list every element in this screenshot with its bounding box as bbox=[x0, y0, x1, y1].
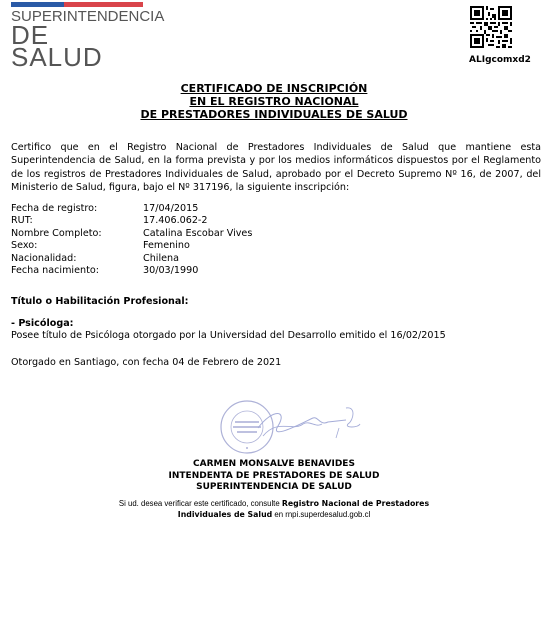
field-row: Nombre Completo:Catalina Escobar Vives bbox=[11, 228, 252, 240]
signer-name: CARMEN MONSALVE BENAVIDES bbox=[0, 459, 548, 471]
field-value: Femenino bbox=[143, 240, 190, 252]
field-row: Nacionalidad:Chilena bbox=[11, 253, 252, 265]
verify-prefix: Si ud. desea verificar este certificado,… bbox=[119, 499, 282, 508]
field-label: Fecha de registro: bbox=[11, 203, 143, 215]
signer-role: INTENDENTA DE PRESTADORES DE SALUD bbox=[0, 471, 548, 483]
title-line2: EN EL REGISTRO NACIONAL bbox=[189, 95, 358, 108]
title-line3: DE PRESTADORES INDIVIDUALES DE SALUD bbox=[140, 108, 407, 121]
field-label: Nacionalidad: bbox=[11, 253, 143, 265]
field-label: Fecha nacimiento: bbox=[11, 265, 143, 277]
logo-line2: DE SALUD bbox=[11, 24, 143, 68]
qr-code-icon bbox=[470, 6, 512, 48]
verify-registry-name-cont: Individuales de Salud bbox=[178, 510, 272, 519]
field-value: Chilena bbox=[143, 253, 179, 265]
field-row: RUT:17.406.062-2 bbox=[11, 215, 252, 227]
certificate-title: CERTIFICADO DE INSCRIPCIÓN EN EL REGISTR… bbox=[0, 82, 548, 121]
registration-fields: Fecha de registro:17/04/2015 RUT:17.406.… bbox=[11, 203, 252, 277]
qualification-description: Posee título de Psicóloga otorgado por l… bbox=[11, 330, 446, 341]
seal-signature-icon bbox=[218, 398, 368, 456]
verify-registry-name: Registro Nacional de Prestadores bbox=[282, 499, 429, 508]
field-value: 17.406.062-2 bbox=[143, 215, 208, 227]
signer-org: SUPERINTENDENCIA DE SALUD bbox=[0, 482, 548, 494]
verification-code: ALIgcomxd2 bbox=[463, 55, 537, 65]
field-label: RUT: bbox=[11, 215, 143, 227]
field-label: Sexo: bbox=[11, 240, 143, 252]
issued-statement: Otorgado en Santiago, con fecha 04 de Fe… bbox=[11, 357, 281, 368]
field-label: Nombre Completo: bbox=[11, 228, 143, 240]
field-row: Fecha nacimiento:30/03/1990 bbox=[11, 265, 252, 277]
certification-paragraph: Certifico que en el Registro Nacional de… bbox=[11, 141, 541, 194]
logo-flag-bar bbox=[11, 2, 143, 7]
superintendencia-logo: SUPERINTENDENCIA DE SALUD bbox=[11, 2, 143, 68]
verify-url: en rnpi.superdesalud.gob.cl bbox=[272, 510, 370, 519]
verification-note: Si ud. desea verificar este certificado,… bbox=[0, 499, 548, 520]
qualification-heading: Título o Habilitación Profesional: bbox=[11, 296, 188, 307]
qualification-name: - Psicóloga: bbox=[11, 318, 74, 329]
field-value: 30/03/1990 bbox=[143, 265, 198, 277]
title-line1: CERTIFICADO DE INSCRIPCIÓN bbox=[181, 82, 368, 95]
field-row: Sexo:Femenino bbox=[11, 240, 252, 252]
field-row: Fecha de registro:17/04/2015 bbox=[11, 203, 252, 215]
field-value: 17/04/2015 bbox=[143, 203, 198, 215]
field-value: Catalina Escobar Vives bbox=[143, 228, 252, 240]
signer-block: CARMEN MONSALVE BENAVIDES INTENDENTA DE … bbox=[0, 459, 548, 494]
